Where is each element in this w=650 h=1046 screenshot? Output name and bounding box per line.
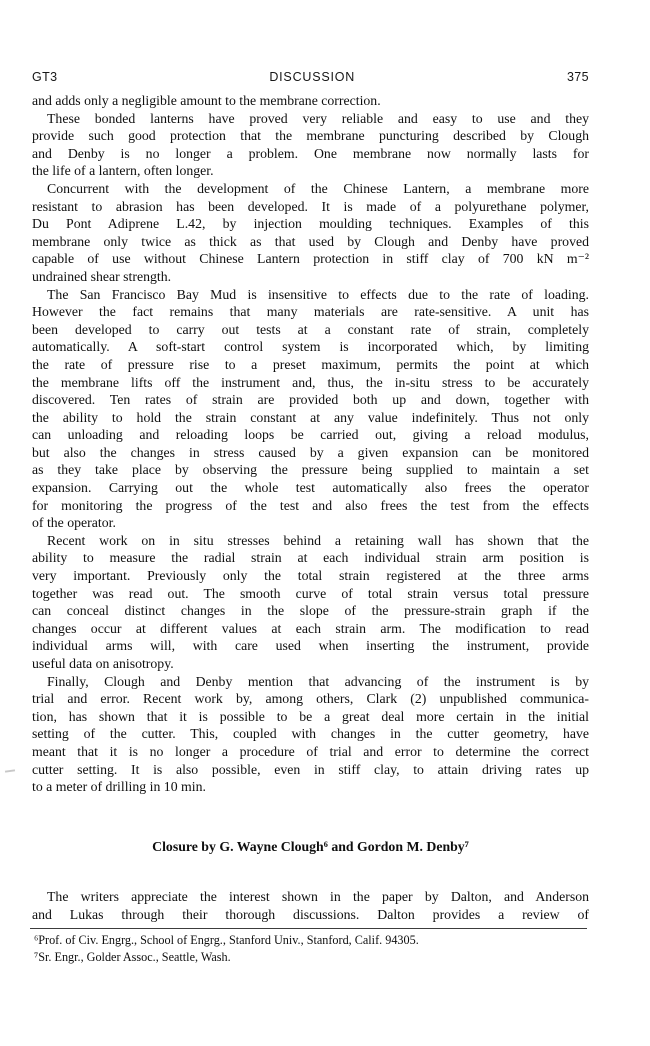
- text-line: useful data on anisotropy.: [32, 655, 589, 673]
- text-line: as they take place by observing the pres…: [32, 461, 589, 479]
- text-line: Du Pont Adiprene L.42, by injection moul…: [32, 215, 589, 233]
- text-line: However the fact remains that many mater…: [32, 303, 589, 321]
- text-line: The San Francisco Bay Mud is insensitive…: [32, 286, 589, 304]
- footnotes: ⁶Prof. of Civ. Engrg., School of Engrg.,…: [34, 932, 591, 966]
- page-number: 375: [567, 70, 589, 84]
- text-line: cutter setting. It is also possible, eve…: [32, 761, 589, 779]
- text-line: These bonded lanterns have proved very r…: [32, 110, 589, 128]
- footnote-line: ⁷Sr. Engr., Golder Assoc., Seattle, Wash…: [34, 949, 591, 966]
- text-line: changes occur at different values at eac…: [32, 620, 589, 638]
- text-line: together was read out. The smooth curve …: [32, 585, 589, 603]
- text-line: automatically. A soft-start control syst…: [32, 338, 589, 356]
- page-header: GT3 DISCUSSION 375: [32, 70, 589, 84]
- discussion-body: and adds only a negligible amount to the…: [32, 92, 589, 796]
- text-line: and Denby is no longer a problem. One me…: [32, 145, 589, 163]
- text-line: ability to measure the radial strain at …: [32, 549, 589, 567]
- closure-paragraph: The writers appreciate the interest show…: [32, 888, 589, 923]
- text-line: to a meter of drilling in 10 min.: [32, 778, 589, 796]
- text-line: the rate of pressure rise to a preset ma…: [32, 356, 589, 374]
- text-line: tion, has shown that it is possible to b…: [32, 708, 589, 726]
- text-line: membrane only twice as thick as that use…: [32, 233, 589, 251]
- text-line: of the operator.: [32, 514, 589, 532]
- text-line: undrained shear strength.: [32, 268, 589, 286]
- text-line: setting of the cutter. This, coupled wit…: [32, 725, 589, 743]
- header-journal-code: GT3: [32, 70, 58, 84]
- text-line: the membrane lifts off the instrument an…: [32, 374, 589, 392]
- text-line: trial and error. Recent work by, among o…: [32, 690, 589, 708]
- text-line: and adds only a negligible amount to the…: [32, 92, 589, 110]
- text-line: Finally, Clough and Denby mention that a…: [32, 673, 589, 691]
- text-line: provide such good protection that the me…: [32, 127, 589, 145]
- text-line: The writers appreciate the interest show…: [32, 888, 589, 906]
- text-line: individual arms will, with care used whe…: [32, 637, 589, 655]
- text-line: but also the changes in stress caused by…: [32, 444, 589, 462]
- text-line: been developed to carry out tests at a c…: [32, 321, 589, 339]
- text-line: and Lukas through their thorough discuss…: [32, 906, 589, 924]
- header-section-title: DISCUSSION: [269, 70, 355, 84]
- footnote-line: ⁶Prof. of Civ. Engrg., School of Engrg.,…: [34, 932, 591, 949]
- text-line: can unloading and reloading loops be car…: [32, 426, 589, 444]
- text-line: discovered. Ten rates of strain are prov…: [32, 391, 589, 409]
- text-line: for monitoring the progress of the test …: [32, 497, 589, 515]
- text-line: Recent work on in situ stresses behind a…: [32, 532, 589, 550]
- text-line: Concurrent with the development of the C…: [32, 180, 589, 198]
- text-line: very important. Previously only the tota…: [32, 567, 589, 585]
- text-line: capable of use without Chinese Lantern p…: [32, 250, 589, 268]
- text-line: expansion. Carrying out the whole test a…: [32, 479, 589, 497]
- text-line: resistant to abrasion has been developed…: [32, 198, 589, 216]
- closure-heading: Closure by G. Wayne Clough⁶ and Gordon M…: [32, 838, 589, 855]
- text-line: the ability to hold the strain constant …: [32, 409, 589, 427]
- footnote-separator-rule: [30, 928, 587, 929]
- text-line: the life of a lantern, often longer.: [32, 162, 589, 180]
- scan-artifact-mark: [5, 769, 15, 772]
- document-page: GT3 DISCUSSION 375 and adds only a negli…: [0, 0, 650, 1046]
- text-line: meant that it is no longer a procedure o…: [32, 743, 589, 761]
- text-line: can conceal distinct changes in the slop…: [32, 602, 589, 620]
